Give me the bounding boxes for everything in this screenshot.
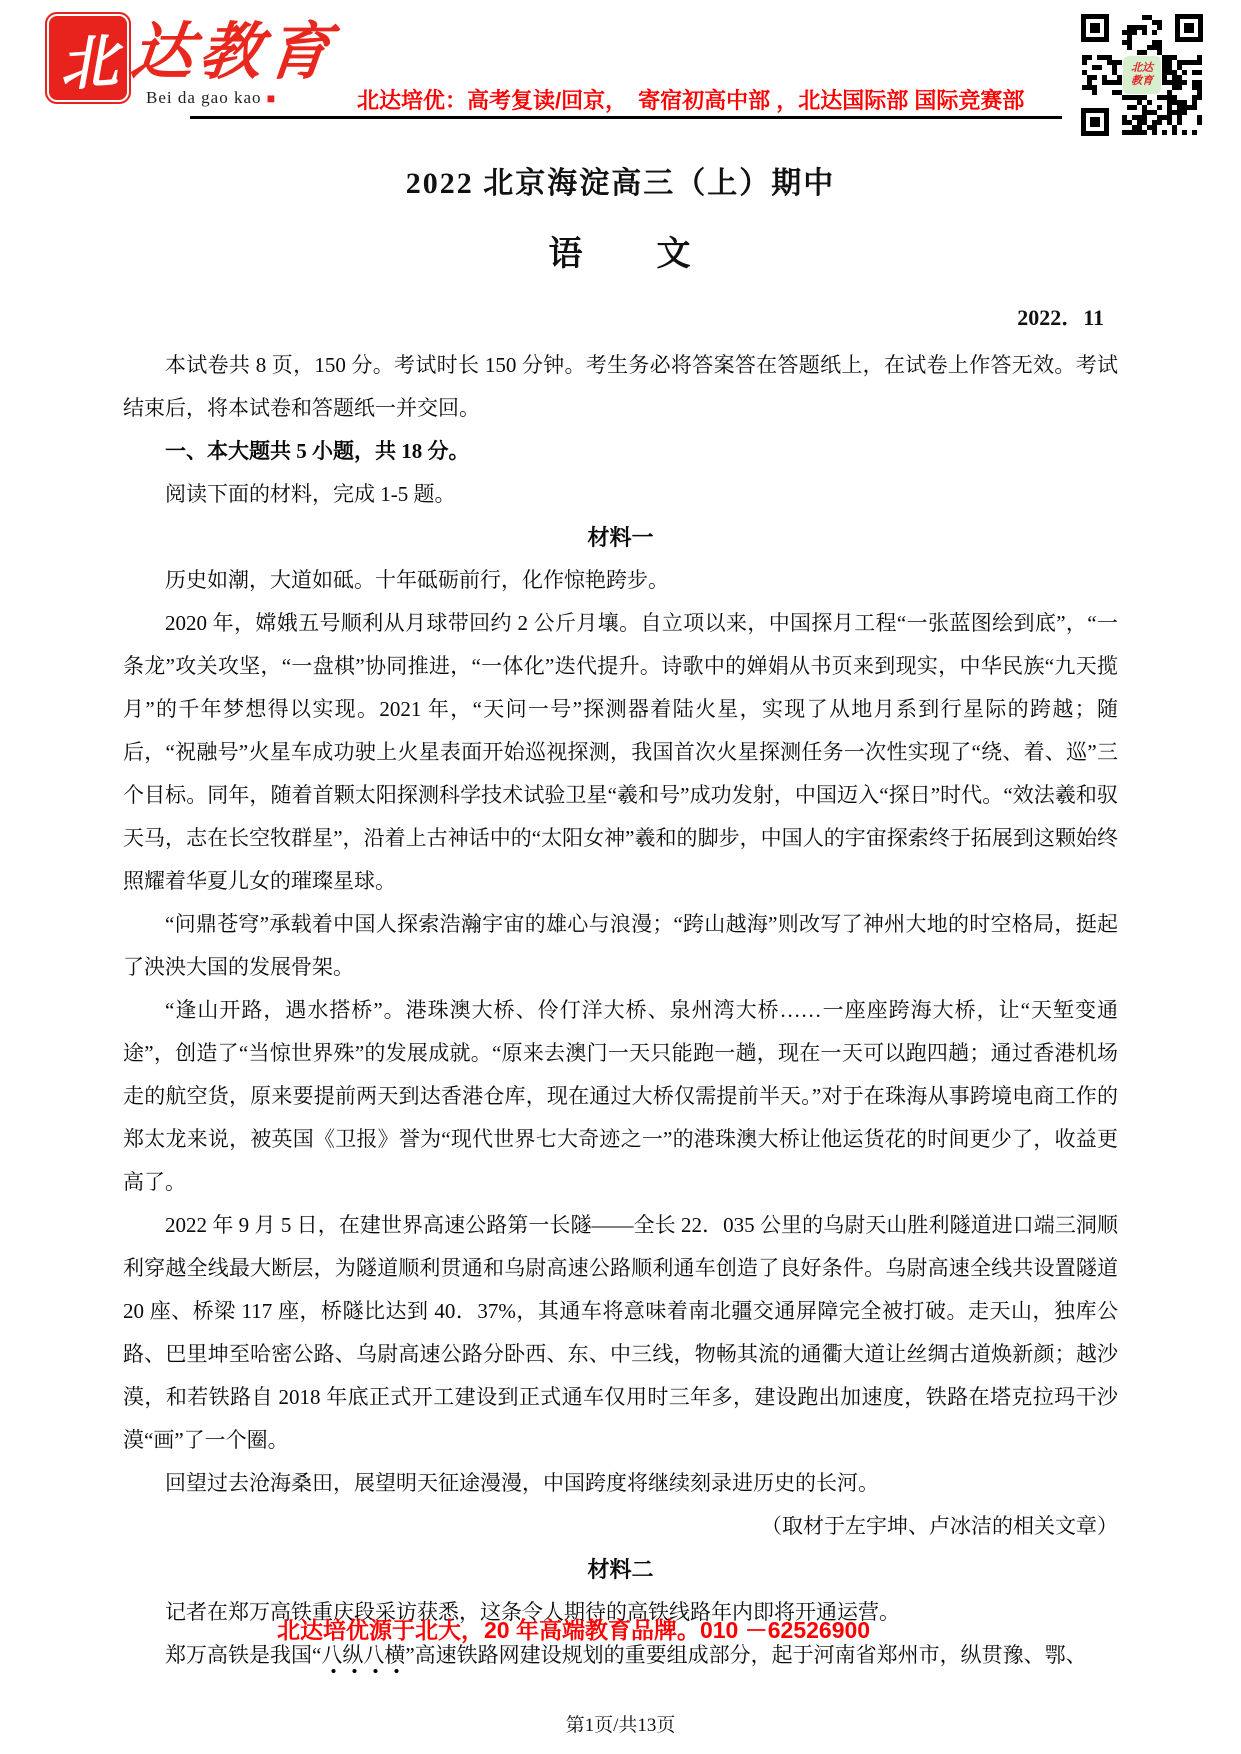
material-one-para-3: “问鼎苍穹”承载着中国人探索浩瀚宇宙的雄心与浪漫；“跨山越海”则改写了神州大地的… — [123, 903, 1118, 989]
footer-promo: 北达培优源于北大，20 年高端教育品牌。010 －62526900 — [277, 1612, 870, 1645]
material-one-heading: 材料一 — [123, 516, 1118, 559]
material-one-para-2: 2020 年，嫦娥五号顺利从月球带回约 2 公斤月壤。自立项以来，中国探月工程“… — [123, 602, 1118, 903]
brand-seal-logo: 北 — [45, 12, 131, 104]
red-square-icon: ■ — [267, 92, 276, 107]
header-slogan: 北达培优：高考复读/回京， 寄宿初高中部 ，北达国际部 国际竞赛部 — [357, 84, 1057, 115]
exam-notice: 本试卷共 8 页，150 分。考试时长 150 分钟。考生务必将答案答在答题纸上… — [123, 344, 1118, 430]
brand-pinyin: Bei da gao kao ■ — [146, 88, 276, 108]
material-one-para-6: 回望过去沧海桑田，展望明天征途漫漫，中国跨度将继续刻录进历史的长河。 — [123, 1462, 1118, 1505]
material-one-attribution: （取材于左宇坤、卢冰洁的相关文章） — [123, 1505, 1118, 1548]
exam-title: 2022 北京海淀高三（上）期中 — [123, 128, 1118, 202]
emphasized-term: 八纵八横 — [321, 1643, 405, 1674]
header-divider — [190, 116, 1062, 119]
section-one-heading: 一、本大题共 5 小题，共 18 分。 — [123, 430, 1118, 473]
seal-character: 北 — [56, 14, 120, 102]
material-one-para-4: “逢山开路，遇水搭桥”。港珠澳大桥、伶仃洋大桥、泉州湾大桥……一座座跨海大桥，让… — [123, 989, 1118, 1204]
document-body: 2022 北京海淀高三（上）期中 语 文 2022．11 本试卷共 8 页，15… — [123, 128, 1118, 1677]
page-number: 第1页/共13页 — [0, 1710, 1241, 1737]
qr-finder-top-left-icon — [1081, 14, 1109, 42]
qr-finder-top-right-icon — [1175, 14, 1203, 42]
reading-prompt: 阅读下面的材料，完成 1-5 题。 — [123, 473, 1118, 516]
material-two-heading: 材料二 — [123, 1548, 1118, 1591]
exam-text: 本试卷共 8 页，150 分。考试时长 150 分钟。考生务必将答案答在答题纸上… — [123, 344, 1118, 1677]
qr-center-label: 北达 教育 — [1123, 56, 1161, 94]
qr-finder-bottom-left-icon — [1081, 108, 1109, 136]
qr-code: 北达 教育 — [1081, 14, 1203, 136]
exam-date: 2022．11 — [123, 301, 1104, 332]
subject-title: 语 文 — [123, 226, 1118, 275]
letterhead: 北 达教育 Bei da gao kao ■ 北达培优：高考复读/回京， 寄宿初… — [0, 0, 1241, 128]
exam-document-page: 北 达教育 Bei da gao kao ■ 北达培优：高考复读/回京， 寄宿初… — [0, 0, 1241, 1754]
brand-name-calligraphy: 达教育 — [127, 2, 366, 91]
material-one-para-5: 2022 年 9 月 5 日，在建世界高速公路第一长隧——全长 22．035 公… — [123, 1204, 1118, 1462]
material-one-para-1: 历史如潮，大道如砥。十年砥砺前行，化作惊艳跨步。 — [123, 559, 1118, 602]
